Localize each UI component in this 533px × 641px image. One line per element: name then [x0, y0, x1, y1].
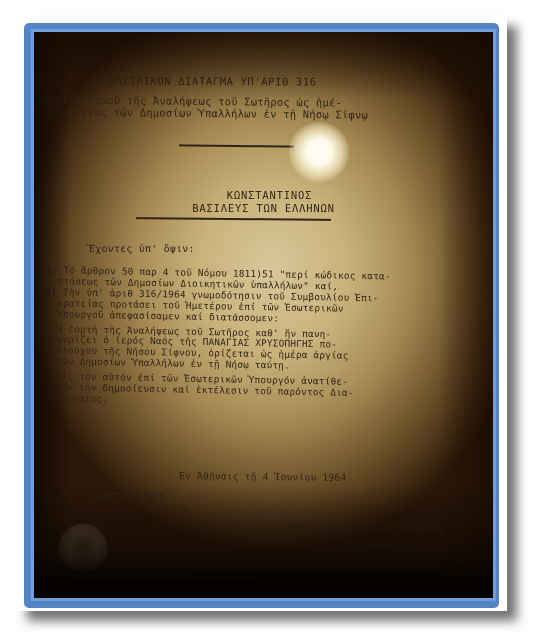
- document-photo: ΒΑΣΙΛΙΚΟΝ ΔΙΑΤΑΓΜΑ ΥΠ'ΑΡΙΘ 316 Περί ὁρισ…: [34, 32, 493, 598]
- minister-name: Ι. ΤΟΥΜΠΑΣ: [344, 542, 404, 554]
- decree-title: ΒΑΣΙΛΙΚΟΝ ΔΙΑΤΑΓΜΑ ΥΠ'ΑΡΙΘ 316: [109, 75, 317, 88]
- title-underline: [179, 144, 294, 147]
- subtitle-line: ρας ἀργίας τῶν Δημοσίων Ὑπαλλήλων ἐν τῇ …: [42, 106, 368, 121]
- minister-title: Ἐπί τῶν Ἐσωτερικῶν Ὑπουργός: [287, 523, 445, 536]
- king-title: ΒΑΣΙΛΕΥΣ ΤΩΝ ΕΛΛΗΝΩΝ: [192, 203, 334, 215]
- signer-suffix: Β: [181, 506, 187, 517]
- decree-subtitle: Περί ὁρισμοῦ τῆς Ἀναλήψεως τοῦ Σωτῆρος ὡ…: [42, 94, 368, 121]
- whereas-line: Ἔχοντες ὑπ' ὄψιν:: [89, 244, 195, 255]
- king-name: ΚΩΝΣΤΑΝΤΙΝΟΣ: [34, 190, 493, 203]
- king-heading: ΚΩΝΣΤΑΝΤΙΝΟΣ ΒΑΣΙΛΕΥΣ ΤΩΝ ΕΛΛΗΝΩΝ: [34, 190, 493, 216]
- flash-glare: [289, 122, 349, 182]
- stamp-line: [82, 572, 192, 574]
- signer-name: ΚΩΝΣΤΑΝΤΙΝΟΣ: [94, 492, 166, 503]
- decree-body: 1) Τό ἄρθρον 50 παρ 4 τοῦ Νόμου 1811)51 …: [43, 266, 390, 411]
- dateline: Ἐν Ἀθήναις τῇ 4 Ἰουνίου 1964: [179, 471, 346, 484]
- king-underline: [136, 217, 331, 221]
- official-seal-icon: [58, 523, 108, 573]
